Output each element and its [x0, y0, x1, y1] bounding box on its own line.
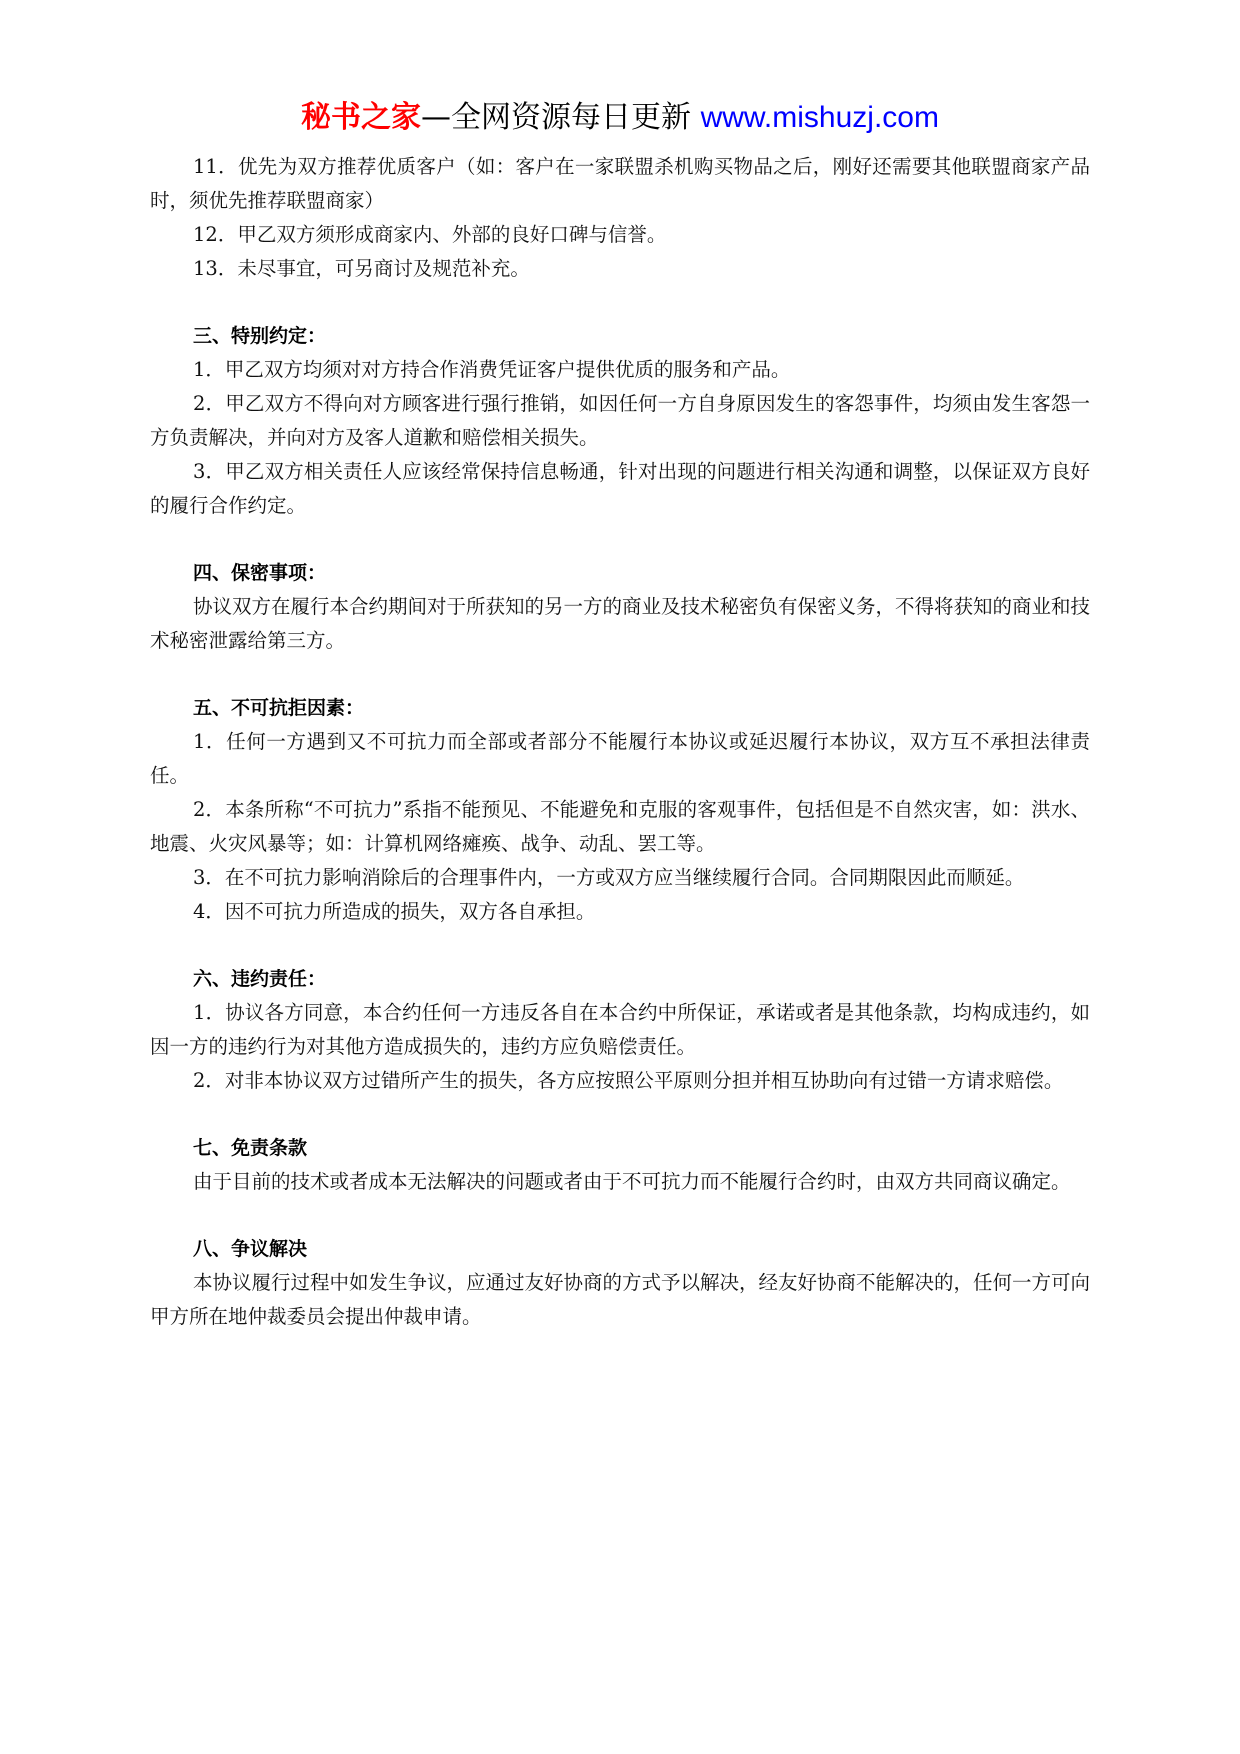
section-heading: 七、免责条款: [150, 1131, 1090, 1165]
section-force-majeure: 五、不可抗拒因素： 1．任何一方遇到又不可抗力而全部或者部分不能履行本协议或延迟…: [150, 691, 1090, 929]
clause: 由于目前的技术或者成本无法解决的问题或者由于不可抗力而不能履行合约时，由双方共同…: [150, 1165, 1090, 1199]
clause-11: 11．优先为双方推荐优质客户（如：客户在一家联盟杀机购买物品之后，刚好还需要其他…: [150, 150, 1090, 218]
document-body: 11．优先为双方推荐优质客户（如：客户在一家联盟杀机购买物品之后，刚好还需要其他…: [150, 150, 1090, 1334]
site-url-link[interactable]: www.mishuzj.com: [701, 101, 939, 134]
section-heading: 六、违约责任：: [150, 962, 1090, 996]
section-continued-clauses: 11．优先为双方推荐优质客户（如：客户在一家联盟杀机购买物品之后，刚好还需要其他…: [150, 150, 1090, 286]
section-heading: 八、争议解决: [150, 1232, 1090, 1266]
section-dispute: 八、争议解决 本协议履行过程中如发生争议，应通过友好协商的方式予以解决，经友好协…: [150, 1232, 1090, 1334]
section-heading: 三、特别约定：: [150, 319, 1090, 353]
clause-13: 13．未尽事宜，可另商讨及规范补充。: [150, 252, 1090, 286]
clause: 协议双方在履行本合约期间对于所获知的另一方的商业及技术秘密负有保密义务，不得将获…: [150, 590, 1090, 658]
section-breach: 六、违约责任： 1．协议各方同意，本合约任何一方违反各自在本合约中所保证，承诺或…: [150, 962, 1090, 1098]
spacer: [150, 658, 1090, 691]
clause: 2．本条所称“不可抗力”系指不能预见、不能避免和克服的客观事件，包括但是不自然灾…: [150, 793, 1090, 861]
clause: 本协议履行过程中如发生争议，应通过友好协商的方式予以解决，经友好协商不能解决的，…: [150, 1266, 1090, 1334]
clause: 1．任何一方遇到又不可抗力而全部或者部分不能履行本协议或延迟履行本协议，双方互不…: [150, 725, 1090, 793]
spacer: [150, 1098, 1090, 1131]
section-special-terms: 三、特别约定： 1．甲乙双方均须对对方持合作消费凭证客户提供优质的服务和产品。 …: [150, 319, 1090, 523]
clause: 4．因不可抗力所造成的损失，双方各自承担。: [150, 895, 1090, 929]
section-confidentiality: 四、保密事项： 协议双方在履行本合约期间对于所获知的另一方的商业及技术秘密负有保…: [150, 556, 1090, 658]
section-exemption: 七、免责条款 由于目前的技术或者成本无法解决的问题或者由于不可抗力而不能履行合约…: [150, 1131, 1090, 1199]
clause: 2．对非本协议双方过错所产生的损失，各方应按照公平原则分担并相互协助向有过错一方…: [150, 1064, 1090, 1098]
site-banner: 秘书之家—全网资源每日更新 www.mishuzj.com: [0, 98, 1240, 138]
section-heading: 五、不可抗拒因素：: [150, 691, 1090, 725]
clause: 3．在不可抗力影响消除后的合理事件内，一方或双方应当继续履行合同。合同期限因此而…: [150, 861, 1090, 895]
clause: 3．甲乙双方相关责任人应该经常保持信息畅通，针对出现的问题进行相关沟通和调整，以…: [150, 455, 1090, 523]
clause: 1．甲乙双方均须对对方持合作消费凭证客户提供优质的服务和产品。: [150, 353, 1090, 387]
clause: 1．协议各方同意，本合约任何一方违反各自在本合约中所保证，承诺或者是其他条款，均…: [150, 996, 1090, 1064]
spacer: [150, 286, 1090, 319]
clause-12: 12．甲乙双方须形成商家内、外部的良好口碑与信誉。: [150, 218, 1090, 252]
clause: 2．甲乙双方不得向对方顾客进行强行推销，如因任何一方自身原因发生的客怨事件，均须…: [150, 387, 1090, 455]
section-heading: 四、保密事项：: [150, 556, 1090, 590]
document-page: 秘书之家—全网资源每日更新 www.mishuzj.com 11．优先为双方推荐…: [0, 0, 1240, 1754]
spacer: [150, 1199, 1090, 1232]
brand-name: 秘书之家: [301, 100, 421, 135]
spacer: [150, 523, 1090, 556]
banner-slogan: —全网资源每日更新: [421, 100, 691, 135]
spacer: [150, 929, 1090, 962]
